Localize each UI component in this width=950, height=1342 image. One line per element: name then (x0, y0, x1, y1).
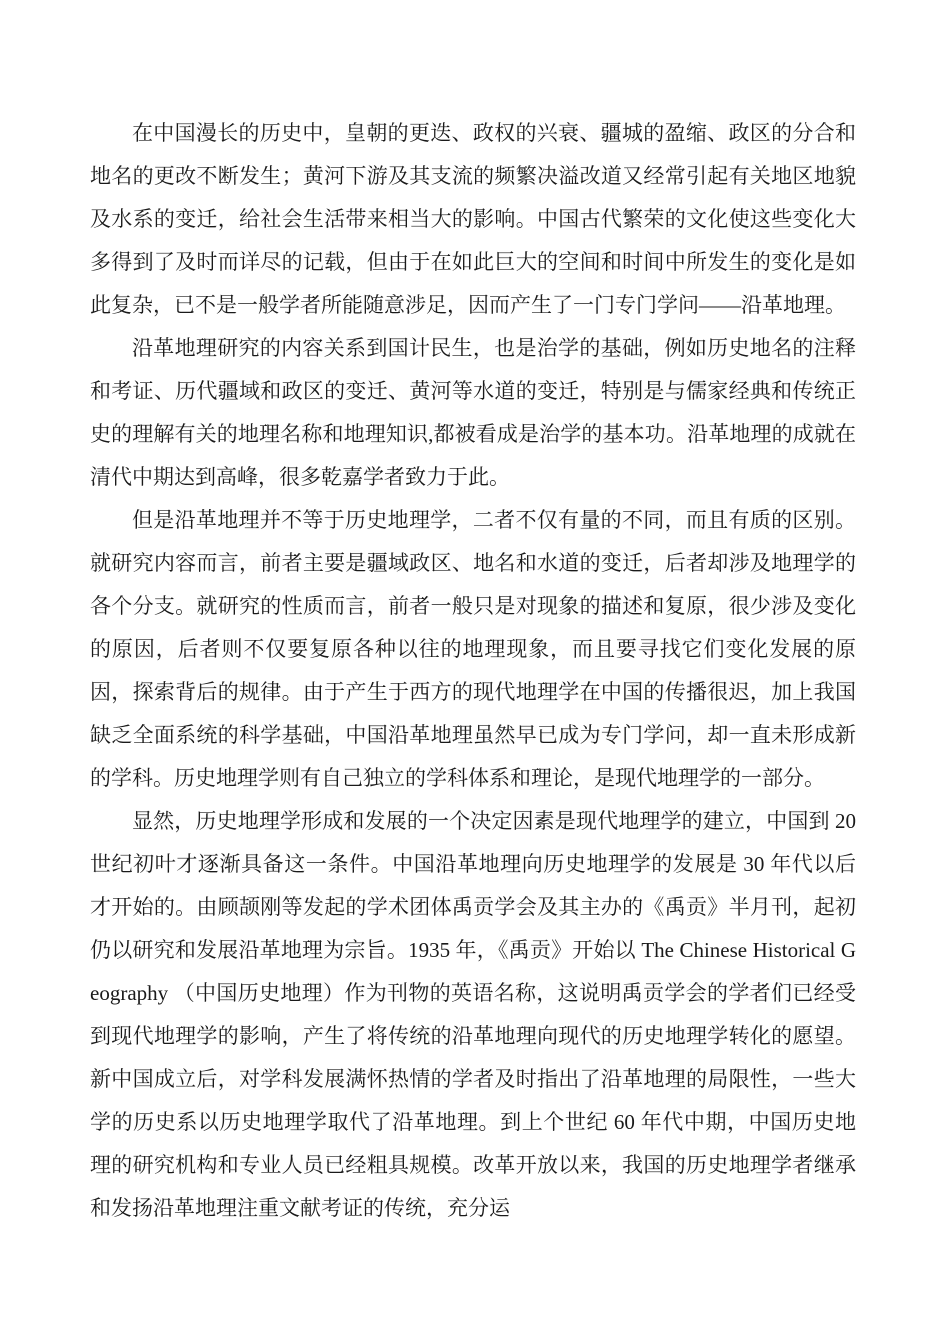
paragraph-intro-changes: 在中国漫长的历史中，皇朝的更迭、政权的兴衰、疆城的盈缩、政区的分合和地名的更改不… (90, 112, 856, 327)
document-page: { "page": { "background": "#ffffff", "te… (0, 0, 950, 1342)
paragraph-difference: 但是沿革地理并不等于历史地理学，二者不仅有量的不同，而且有质的区别。就研究内容而… (90, 499, 856, 800)
paragraph-yange-content: 沿革地理研究的内容关系到国计民生，也是治学的基础，例如历史地名的注释和考证、历代… (90, 327, 856, 499)
text-block: 在中国漫长的历史中，皇朝的更迭、政权的兴衰、疆城的盈缩、政区的分合和地名的更改不… (90, 112, 856, 1230)
page: 在中国漫长的历史中，皇朝的更迭、政权的兴衰、疆城的盈缩、政区的分合和地名的更改不… (0, 0, 950, 1342)
paragraph-development: 显然，历史地理学形成和发展的一个决定因素是现代地理学的建立，中国到 20 世纪初… (90, 800, 856, 1230)
